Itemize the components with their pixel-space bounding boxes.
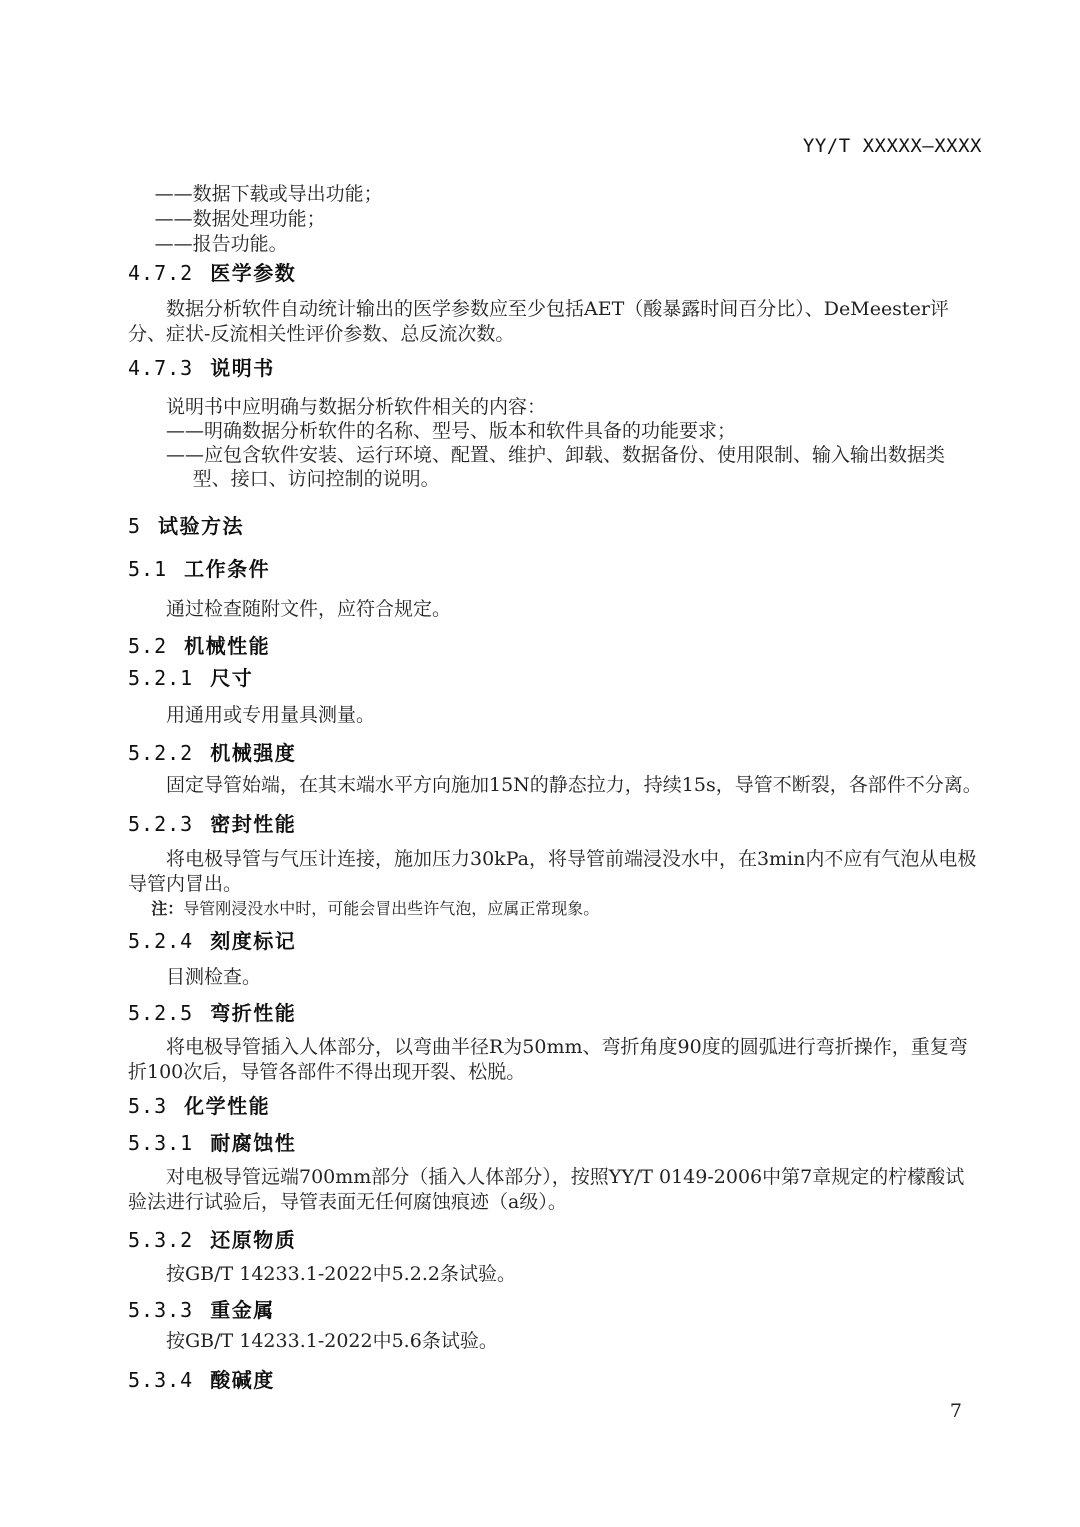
heading-number: 5.3.2 — [128, 1228, 193, 1252]
paragraph-bending: 将电极导管插入人体部分，以弯曲半径R为50mm、弯折角度90度的圆弧进行弯折操作… — [128, 1035, 982, 1085]
list-item: ——数据处理功能； — [155, 207, 982, 232]
heading-title: 密封性能 — [210, 812, 296, 836]
heading-5: 5试验方法 — [128, 515, 982, 537]
paragraph-manual-lead: 说明书中应明确与数据分析软件相关的内容： — [128, 395, 982, 419]
heading-5-2-4: 5.2.4刻度标记 — [128, 930, 982, 952]
heading-number: 5.3.4 — [128, 1368, 193, 1392]
heading-5-3-3: 5.3.3重金属 — [128, 1299, 982, 1321]
heading-number: 5.3.1 — [128, 1131, 193, 1155]
heading-5-1: 5.1工作条件 — [128, 558, 982, 580]
paragraph-working-conditions: 通过检查随附文件，应符合规定。 — [128, 597, 982, 622]
heading-title: 还原物质 — [210, 1228, 296, 1252]
paragraph-corrosion: 对电极导管远端700mm部分（插入人体部分），按照YY/T 0149-2006中… — [128, 1165, 982, 1215]
heading-title: 机械强度 — [210, 741, 296, 765]
heading-title: 工作条件 — [184, 557, 270, 581]
heading-title: 机械性能 — [184, 634, 270, 658]
heading-number: 5.2.2 — [128, 741, 193, 765]
heading-title: 说明书 — [210, 356, 275, 380]
heading-number: 5.2.4 — [128, 929, 193, 953]
heading-title: 弯折性能 — [210, 1001, 296, 1025]
heading-5-2: 5.2机械性能 — [128, 635, 982, 657]
paragraph-heavy-metals: 按GB/T 14233.1-2022中5.6条试验。 — [128, 1329, 982, 1354]
document-page: YY/T XXXXX—XXXX ——数据下载或导出功能； ——数据处理功能； —… — [0, 0, 1080, 1527]
heading-number: 5.2.3 — [128, 812, 193, 836]
function-dash-list: ——数据下载或导出功能； ——数据处理功能； ——报告功能。 — [155, 182, 982, 257]
list-item: ——报告功能。 — [155, 232, 982, 257]
page-number: 7 — [950, 1400, 962, 1422]
heading-number: 5.3 — [128, 1094, 167, 1118]
heading-title: 试验方法 — [158, 514, 244, 538]
heading-5-3-1: 5.3.1耐腐蚀性 — [128, 1132, 982, 1154]
list-item: ——明确数据分析软件的名称、型号、版本和软件具备的功能要求； — [166, 419, 982, 443]
heading-number: 4.7.3 — [128, 356, 193, 380]
list-item: ——应包含软件安装、运行环境、配置、维护、卸载、数据备份、使用限制、输入输出数据… — [166, 443, 982, 491]
note-label: 注： — [151, 899, 183, 918]
heading-number: 4.7.2 — [128, 261, 193, 285]
note-text: 导管刚浸没水中时，可能会冒出些许气泡，应属正常现象。 — [183, 899, 599, 918]
heading-number: 5 — [128, 514, 141, 538]
heading-title: 化学性能 — [184, 1094, 270, 1118]
heading-title: 刻度标记 — [210, 929, 296, 953]
heading-5-2-3: 5.2.3密封性能 — [128, 813, 982, 835]
paragraph-dimensions: 用通用或专用量具测量。 — [128, 703, 982, 728]
heading-number: 5.1 — [128, 557, 167, 581]
list-item: ——数据下载或导出功能； — [155, 182, 982, 207]
heading-5-2-1: 5.2.1尺寸 — [128, 667, 982, 689]
heading-number: 5.2.5 — [128, 1001, 193, 1025]
heading-title: 重金属 — [210, 1298, 275, 1322]
paragraph-reducing-substances: 按GB/T 14233.1-2022中5.2.2条试验。 — [128, 1262, 982, 1287]
heading-number: 5.2 — [128, 634, 167, 658]
paragraph-mechanical-strength: 固定导管始端，在其末端水平方向施加15N的静态拉力，持续15s，导管不断裂，各部… — [128, 773, 982, 798]
paragraph-sealing: 将电极导管与气压计连接，施加压力30kPa，将导管前端浸没水中，在3min内不应… — [128, 847, 982, 897]
heading-title: 酸碱度 — [210, 1368, 275, 1392]
heading-5-2-5: 5.2.5弯折性能 — [128, 1002, 982, 1024]
heading-5-3-4: 5.3.4酸碱度 — [128, 1369, 982, 1391]
standard-code-header: YY/T XXXXX—XXXX — [128, 0, 982, 158]
heading-4-7-3: 4.7.3说明书 — [128, 357, 982, 379]
heading-title: 医学参数 — [210, 261, 296, 285]
heading-title: 尺寸 — [210, 666, 253, 690]
heading-title: 耐腐蚀性 — [210, 1131, 296, 1155]
heading-number: 5.2.1 — [128, 666, 193, 690]
heading-number: 5.3.3 — [128, 1298, 193, 1322]
heading-5-3-2: 5.3.2还原物质 — [128, 1229, 982, 1251]
heading-5-3: 5.3化学性能 — [128, 1095, 982, 1117]
heading-4-7-2: 4.7.2医学参数 — [128, 262, 982, 284]
paragraph-scale-marking: 目测检查。 — [128, 965, 982, 990]
manual-requirements-group: 说明书中应明确与数据分析软件相关的内容： ——明确数据分析软件的名称、型号、版本… — [128, 395, 982, 491]
heading-5-2-2: 5.2.2机械强度 — [128, 742, 982, 764]
page-content: YY/T XXXXX—XXXX ——数据下载或导出功能； ——数据处理功能； —… — [0, 0, 1080, 1391]
paragraph-medical-parameters: 数据分析软件自动统计输出的医学参数应至少包括AET（酸暴露时间百分比）、DeMe… — [128, 297, 982, 347]
note-sealing: 注：导管刚浸没水中时，可能会冒出些许气泡，应属正常现象。 — [151, 899, 982, 919]
